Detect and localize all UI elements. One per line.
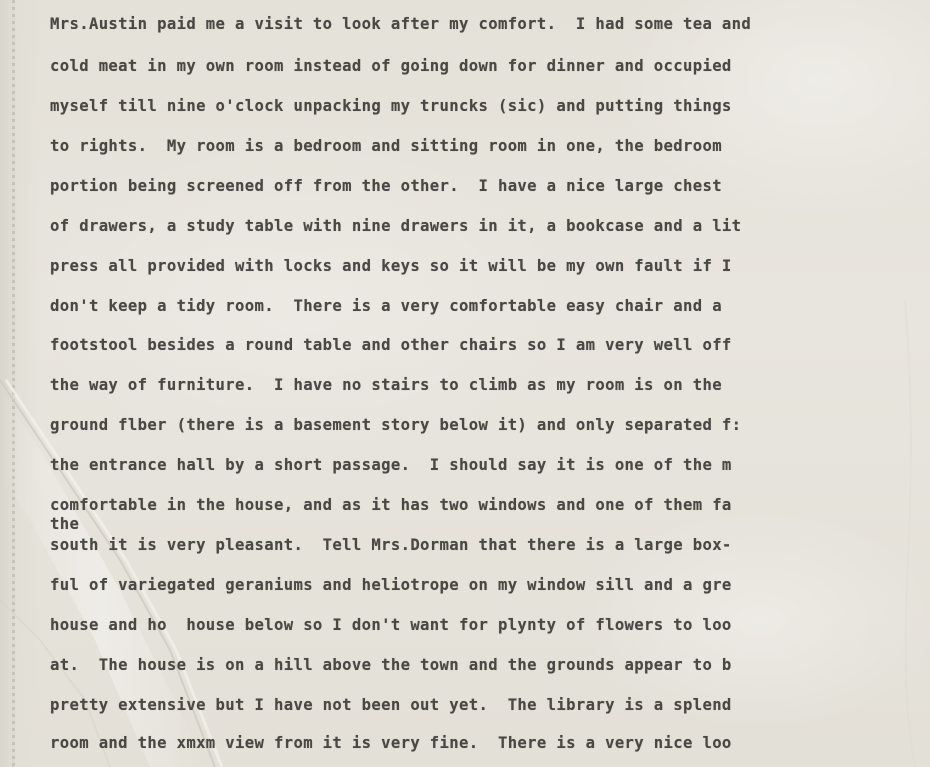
text-line: pretty extensive but I have not been out… bbox=[50, 695, 732, 715]
text-line: Mrs.Austin paid me a visit to look after… bbox=[50, 14, 751, 34]
text-line: ful of variegated geraniums and heliotro… bbox=[50, 575, 732, 595]
text-line: portion being screened off from the othe… bbox=[50, 176, 722, 196]
text-line: to rights. My room is a bedroom and sitt… bbox=[50, 136, 722, 156]
text-line: press all provided with locks and keys s… bbox=[50, 256, 732, 276]
text-line: the bbox=[50, 514, 79, 534]
text-line: myself till nine o'clock unpacking my tr… bbox=[50, 96, 732, 116]
text-line: footstool besides a round table and othe… bbox=[50, 335, 732, 355]
text-line: the entrance hall by a short passage. I … bbox=[50, 455, 732, 475]
text-line: comfortable in the house, and as it has … bbox=[50, 495, 732, 515]
scanned-letter-page: Mrs.Austin paid me a visit to look after… bbox=[0, 0, 930, 767]
text-line: at. The house is on a hill above the tow… bbox=[50, 655, 732, 675]
text-line: the way of furniture. I have no stairs t… bbox=[50, 375, 722, 395]
text-line: room and the xmxm view from it is very f… bbox=[50, 733, 732, 753]
text-line: south it is very pleasant. Tell Mrs.Dorm… bbox=[50, 535, 732, 555]
page-left-edge bbox=[0, 0, 42, 767]
text-line: cold meat in my own room instead of goin… bbox=[50, 56, 732, 76]
text-line: house and ho house below so I don't want… bbox=[50, 615, 732, 635]
text-line: don't keep a tidy room. There is a very … bbox=[50, 296, 722, 316]
text-line: of drawers, a study table with nine draw… bbox=[50, 216, 741, 236]
text-line: ground flber (there is a basement story … bbox=[50, 415, 741, 435]
